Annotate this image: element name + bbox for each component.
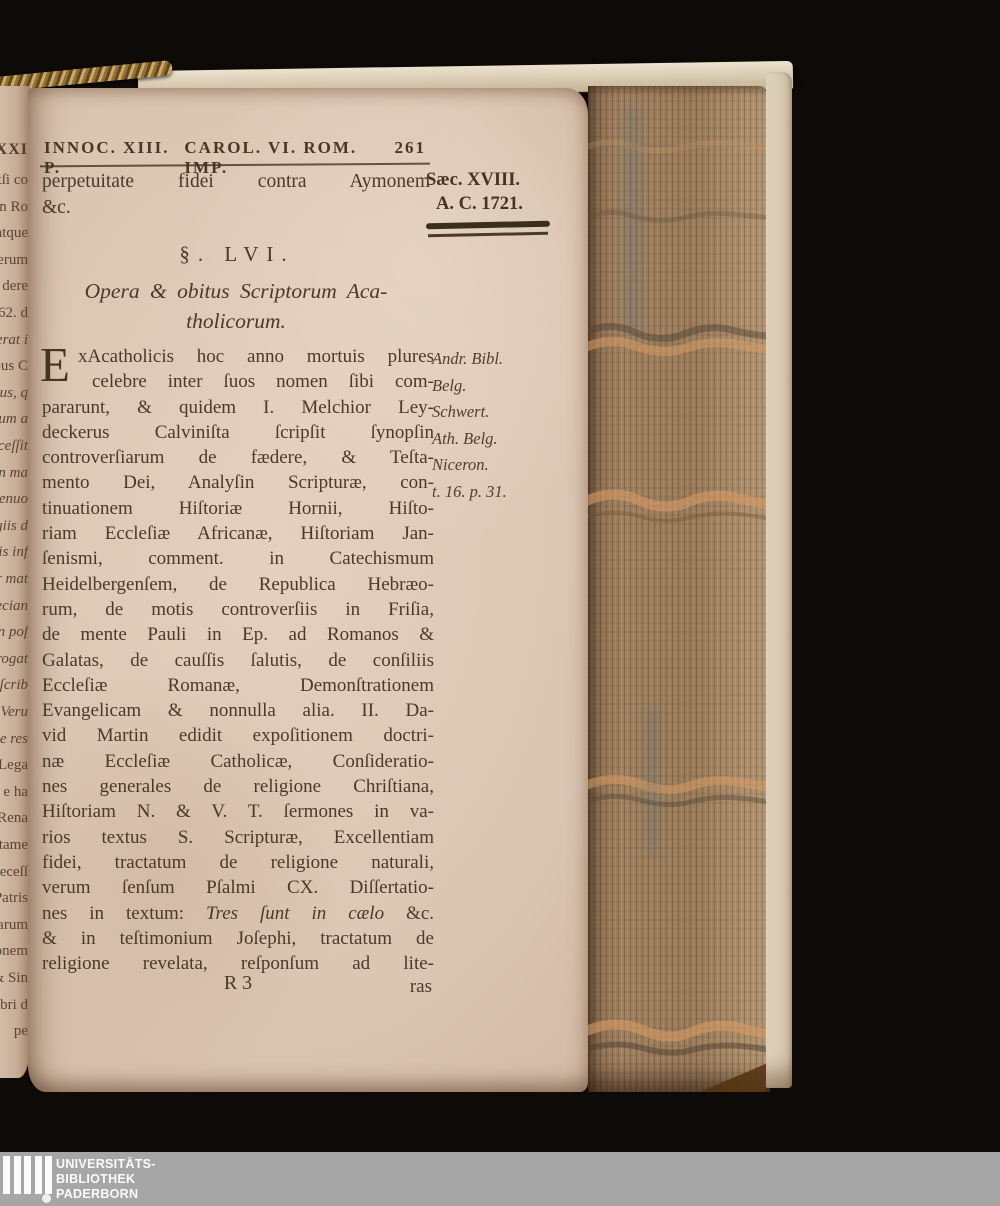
margin-references: Andr. Bibl.Belg.Schwert.Ath. Belg.Nicero… xyxy=(432,346,582,505)
fore-edge xyxy=(588,86,766,1092)
facing-page-text-fragment: ris inf xyxy=(0,542,28,562)
body-line: pararunt, & quidem I. Melchior Ley- xyxy=(42,395,434,420)
catchword: ras xyxy=(410,976,432,998)
body-line: controverſiarum de fædere, & Teſta- xyxy=(42,445,434,470)
body-line: Eccleſiæ Romanæ, Demonſtrationem xyxy=(42,673,434,698)
facing-page-text-fragment: e ha xyxy=(3,782,28,802)
facing-page-text-fragment: neceſſit xyxy=(0,436,28,456)
logo-bar xyxy=(45,1156,52,1194)
facing-page-text-fragment: Lega xyxy=(0,755,28,775)
logo-dot xyxy=(42,1194,51,1203)
body-line: de mente Pauli in Ep. ad Romanos & xyxy=(42,622,434,647)
margin-ref-line: Ath. Belg. xyxy=(432,426,582,453)
section-title-line: tholicorum. xyxy=(34,306,438,336)
facing-page-text-fragment: & Sin xyxy=(0,968,28,988)
facing-page-text-fragment: r mat xyxy=(0,569,28,589)
margin-date-century: Sæc. XVIII. xyxy=(426,170,556,191)
facing-page-text-fragment: etſi co xyxy=(0,170,28,190)
body-line: Galatas, de cauſſis ſalutis, de conſilii… xyxy=(42,648,434,673)
body-line: fidei, tractatum de religione naturali, xyxy=(42,850,434,875)
body-line: verum ſenſum Pſalmi CX. Diſſertatio- xyxy=(42,875,434,900)
margin-ref-line: Niceron. xyxy=(432,452,582,479)
signature-row: R 3 ras xyxy=(42,972,434,998)
body-line: nes generales de religione Chriſtiana, xyxy=(42,774,434,799)
facing-page-text-fragment: rogat xyxy=(0,649,28,669)
facing-page-text-fragment: libri d xyxy=(0,995,28,1015)
cover-board-edge xyxy=(766,72,792,1088)
facing-page-text-fragment: n ma xyxy=(0,463,28,483)
body-lines: xAcatholicis hoc anno mortuis plurescele… xyxy=(42,344,434,976)
margin-ref-line: Andr. Bibl. xyxy=(432,346,582,373)
body-line: deckerus Calviniſta ſcripſit ſynopſin xyxy=(42,420,434,445)
signature-mark: R 3 xyxy=(42,972,434,995)
fore-edge-stain xyxy=(646,706,657,856)
facing-page-text-fragment: atque xyxy=(0,223,28,243)
logo-bar xyxy=(14,1156,21,1194)
drop-cap: E xyxy=(40,340,70,389)
carryover-line: perpetuitate fidei contra Aymonem xyxy=(42,171,430,193)
margin-ref-line: t. 16. p. 31. xyxy=(432,479,582,506)
logo-bar xyxy=(35,1156,42,1194)
body-line: nes in textum: Tres ſunt in cælo &c. xyxy=(42,901,434,926)
body-line: rum, de motis controverſiis in Friſia, xyxy=(42,597,434,622)
body-line: celebre inter ſuos nomen ſibi com- xyxy=(42,369,434,394)
body-line: mento Dei, Analyſin Scripturæ, con- xyxy=(42,470,434,495)
library-name-line: UNIVERSITÄTS- xyxy=(56,1157,156,1172)
date-rule-thin xyxy=(428,232,548,237)
margin-ref-line: Schwert. xyxy=(432,399,582,426)
facing-page-header-fragment: CXXI xyxy=(0,141,28,159)
body-line: Evangelicam & nonnulla alia. II. Da- xyxy=(42,698,434,723)
library-footer-bar: UNIVERSITÄTS- BIBLIOTHEK PADERBORN xyxy=(0,1152,1000,1206)
margin-date-year: A. C. 1721. xyxy=(426,194,556,215)
library-name-line: BIBLIOTHEK xyxy=(56,1172,156,1187)
facing-page-text-fragment: 62. d xyxy=(0,303,28,323)
carryover-line: &c. xyxy=(42,197,71,219)
facing-page-text-fragment: Rena xyxy=(0,808,28,828)
body-line: ſenismi, comment. in Catechismum xyxy=(42,546,434,571)
body-line: riam Eccleſiæ Africanæ, Hiſtoriam Jan- xyxy=(42,521,434,546)
facing-page-text-fragment: Veru xyxy=(1,702,29,722)
facing-page-text-fragment: denuo xyxy=(0,489,28,509)
facing-page-text-fragment: rgiis d xyxy=(0,516,28,536)
body-line: tinuationem Hiſtoriæ Hornii, Hiſto- xyxy=(42,496,434,521)
body-text: E xAcatholicis hoc anno mortuis pluresce… xyxy=(42,344,434,976)
margin-date: Sæc. XVIII. A. C. 1721. xyxy=(426,170,556,215)
logo-bar xyxy=(3,1156,10,1194)
library-name: UNIVERSITÄTS- BIBLIOTHEK PADERBORN xyxy=(56,1157,156,1201)
body-line: Heidelbergenſem, de Republica Hebræo- xyxy=(42,572,434,597)
facing-page-text-fragment: us, q xyxy=(0,383,28,403)
library-name-line: PADERBORN xyxy=(56,1187,156,1202)
facing-page-text-fragment: bus C xyxy=(0,356,28,376)
body-line: næ Eccleſiæ Catholicæ, Conſideratio- xyxy=(42,749,434,774)
section-title: Opera & obitus Scriptorum Aca- tholicoru… xyxy=(34,276,438,336)
facing-page-text-fragment: itarum xyxy=(0,915,28,935)
facing-page-text-fragment: eceſſ xyxy=(0,862,28,882)
facing-page-text-fragment: n Ro xyxy=(0,197,28,217)
facing-page-text-fragment: n poſ xyxy=(0,622,28,642)
facing-page-edge: CXXI etſi con RoatqueVerumdere62. dnerat… xyxy=(0,86,30,1078)
facing-page-text-fragment: Verum xyxy=(0,250,28,270)
book-page: INNOC. XIII. P. CAROL. VI. ROM. IMP. 261… xyxy=(28,88,588,1092)
body-line: Hiſtoriam N. & V. T. ſermones in va- xyxy=(42,799,434,824)
facing-page-text-fragment: uecian xyxy=(0,596,28,616)
margin-ref-line: Belg. xyxy=(432,373,582,400)
facing-page-text-fragment: nerat i xyxy=(0,330,28,350)
section-title-line: Opera & obitus Scriptorum Aca- xyxy=(34,276,438,306)
facing-page-text-fragment: pe xyxy=(14,1021,28,1041)
facing-page-text-fragment: ionem xyxy=(0,941,28,961)
section-number: §. LVI. xyxy=(42,242,432,267)
body-line: vid Martin edidit expoſitionem doctri- xyxy=(42,723,434,748)
fore-edge-marbling xyxy=(588,86,766,1092)
body-line: xAcatholicis hoc anno mortuis plures xyxy=(42,344,434,369)
facing-page-text-fragment: tame xyxy=(0,835,28,855)
facing-page-text-fragment: de res xyxy=(0,729,28,749)
scan-background: CXXI etſi con RoatqueVerumdere62. dnerat… xyxy=(0,0,1000,1206)
body-line: & in teſtimonium Joſephi, tractatum de xyxy=(42,926,434,951)
fore-edge-stain xyxy=(626,106,640,336)
facing-page-text-fragment: num a xyxy=(0,409,28,429)
logo-bar xyxy=(24,1156,31,1194)
date-rule-thick xyxy=(426,221,550,230)
facing-page-text-fragment: dere xyxy=(2,276,28,296)
facing-page-text-fragment: Patris xyxy=(0,888,28,908)
facing-page-text-fragment: erſcrib xyxy=(0,675,28,695)
body-line: rios textus S. Scripturæ, Excellentiam xyxy=(42,825,434,850)
